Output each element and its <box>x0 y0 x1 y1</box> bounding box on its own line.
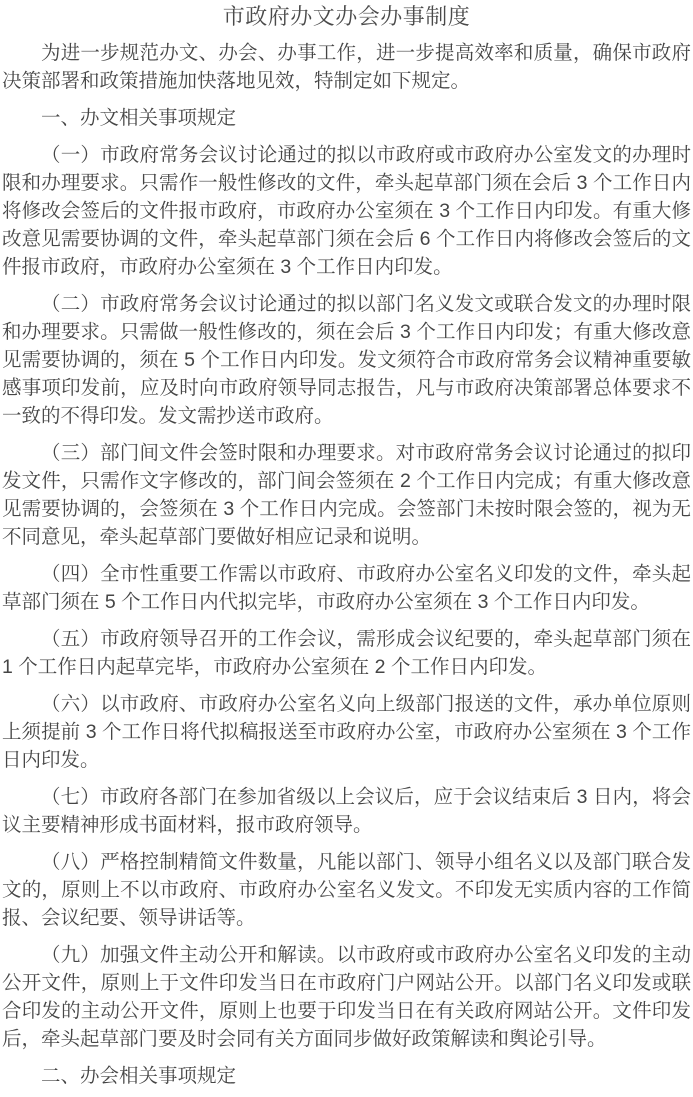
section-1-item-6: （六）以市政府、市政府办公室名义向上级部门报送的文件，承办单位原则上须提前 3 … <box>2 690 691 774</box>
document-page: 市政府办文办会办事制度 为进一步规范办文、办会、办事工作，进一步提高效率和质量，… <box>0 0 693 1090</box>
section-1-item-7: （七）市政府各部门在参加省级以上会议后，应于会议结束后 3 日内，将会议主要精神… <box>2 783 691 839</box>
intro-paragraph: 为进一步规范办文、办会、办事工作，进一步提高效率和质量，确保市政府决策部署和政策… <box>2 39 691 95</box>
section-1-item-1: （一）市政府常务会议讨论通过的拟以市政府或市政府办公室发文的办理时限和办理要求。… <box>2 141 691 281</box>
section-1-item-9: （九）加强文件主动公开和解读。以市政府或市政府办公室名义印发的主动公开文件，原则… <box>2 941 691 1053</box>
section-1-item-5: （五）市政府领导召开的工作会议，需形成会议纪要的，牵头起草部门须在 1 个工作日… <box>2 625 691 681</box>
section-1-item-2: （二）市政府常务会议讨论通过的拟以部门名义发文或联合发文的办理时限和办理要求。只… <box>2 290 691 430</box>
section-1-item-3: （三）部门间文件会签时限和办理要求。对市政府常务会议讨论通过的拟印发文件，只需作… <box>2 439 691 551</box>
document-title: 市政府办文办会办事制度 <box>2 2 691 32</box>
section-1-item-4: （四）全市性重要工作需以市政府、市政府办公室名义印发的文件，牵头起草部门须在 5… <box>2 560 691 616</box>
section-1-item-8: （八）严格控制精简文件数量，凡能以部门、领导小组名义以及部门联合发文的，原则上不… <box>2 848 691 932</box>
section-2-heading: 二、办会相关事项规定 <box>2 1062 691 1090</box>
section-1-heading: 一、办文相关事项规定 <box>2 104 691 132</box>
